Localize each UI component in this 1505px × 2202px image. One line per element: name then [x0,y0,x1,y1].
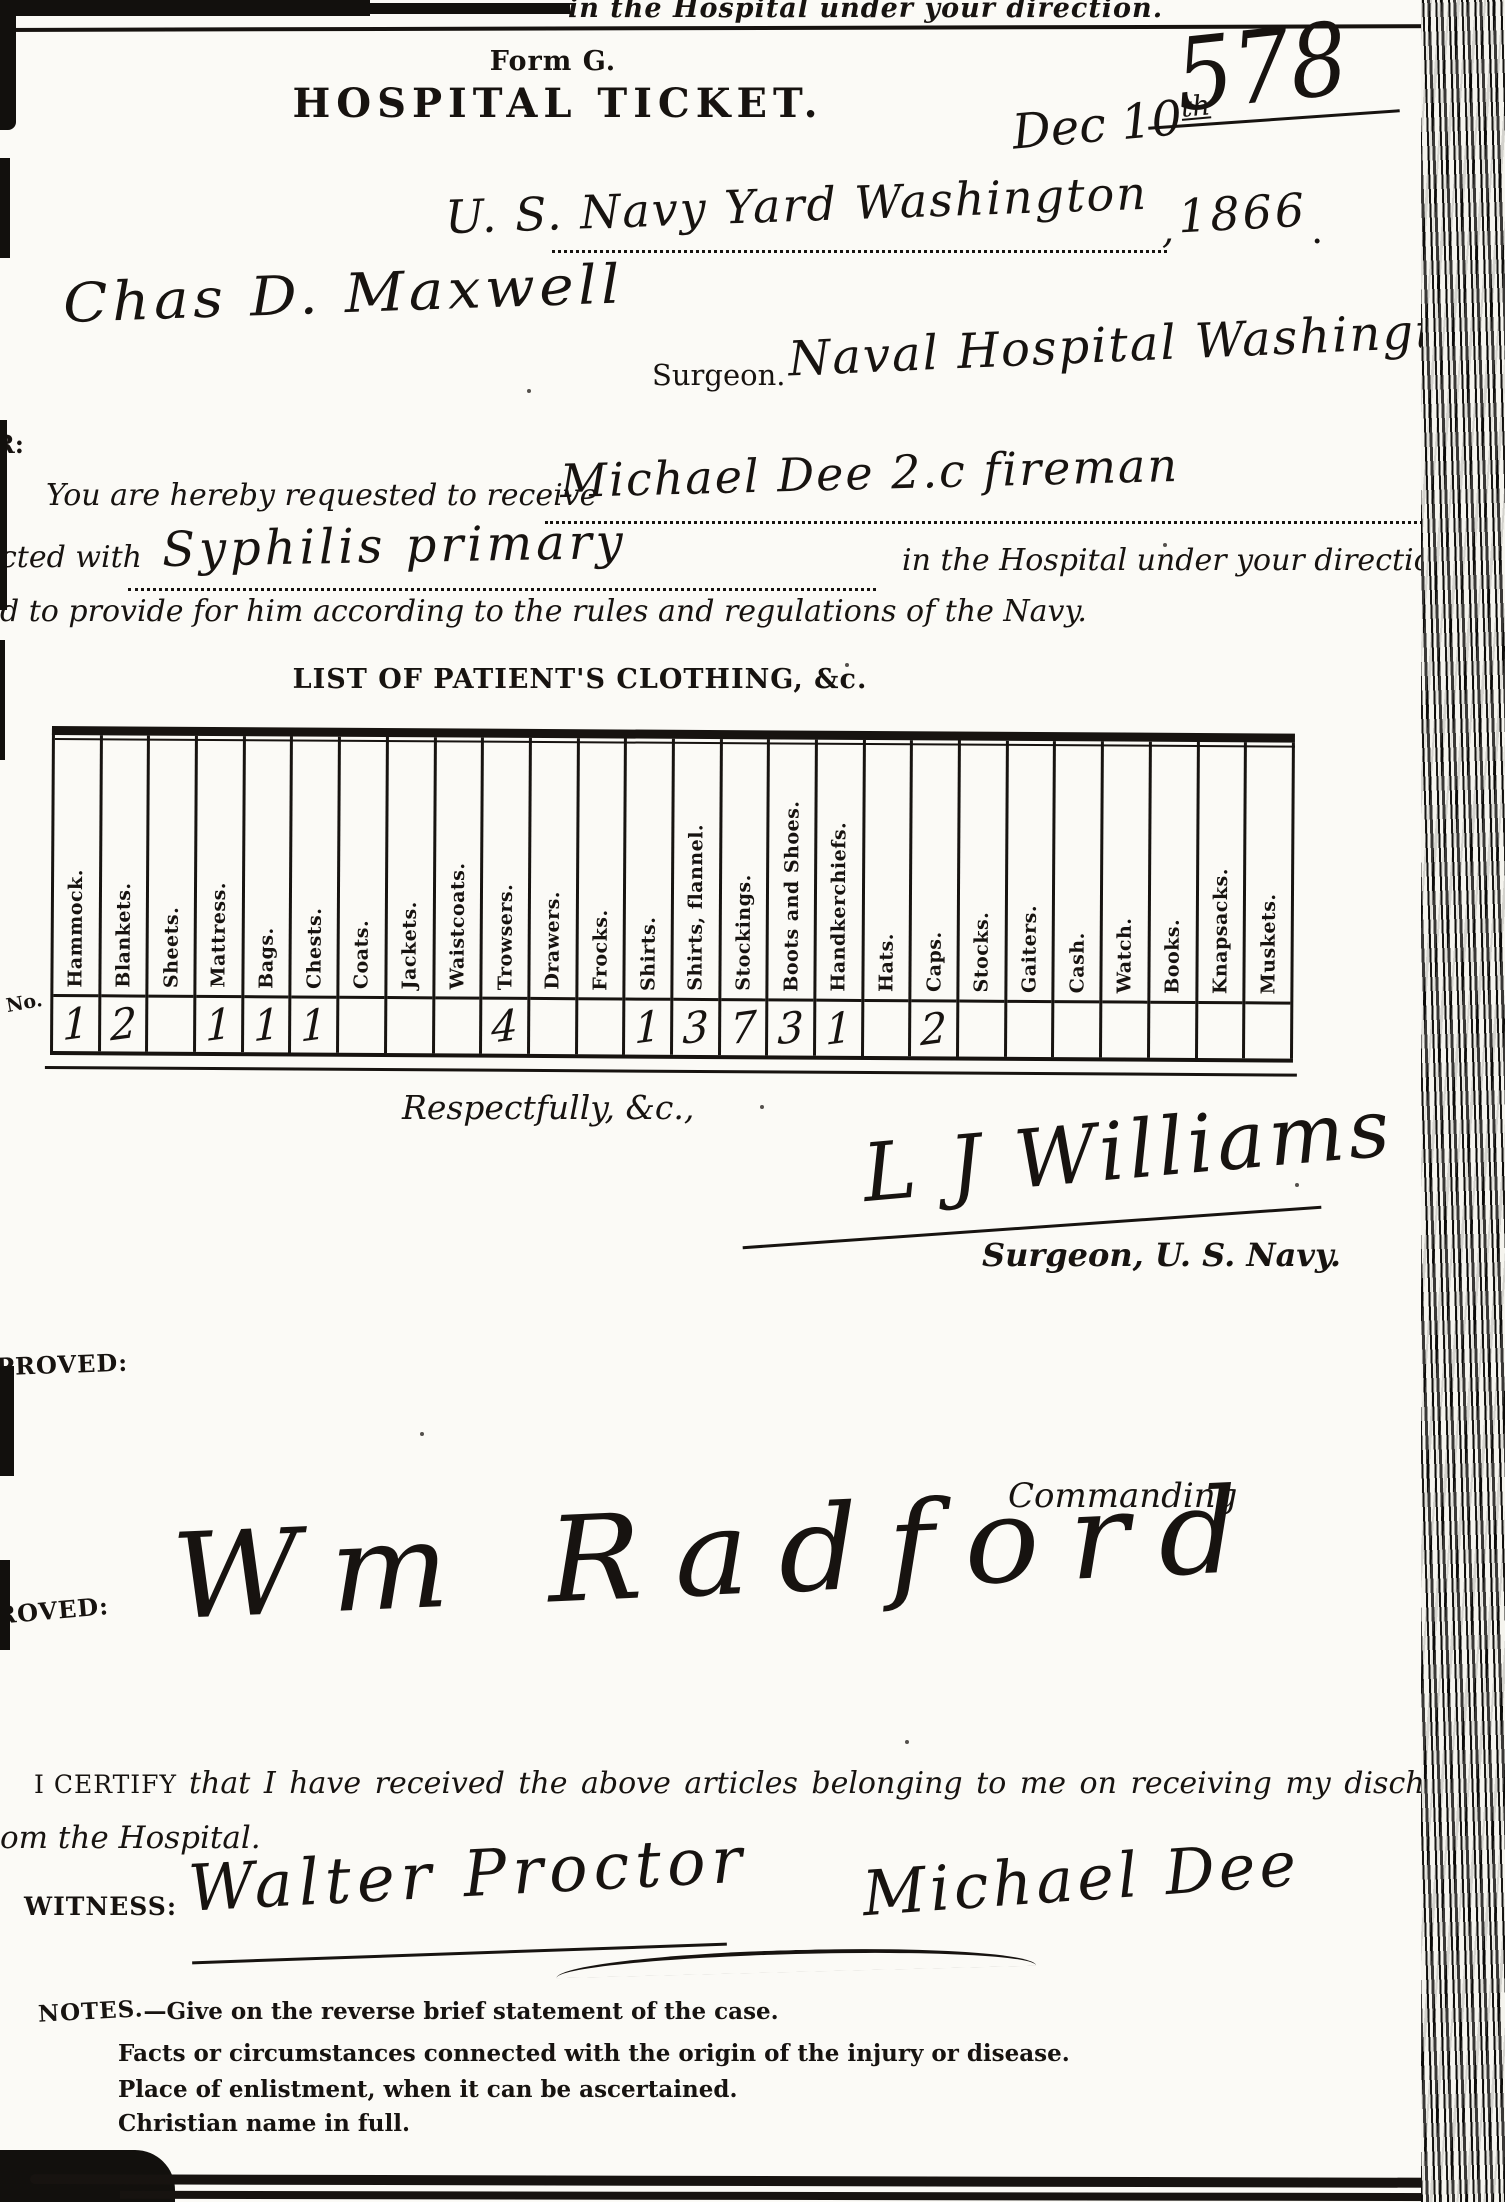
clothing-col-quantity-cell: 2 [101,997,146,1051]
clothing-col-header: Boots and Shoes. [769,739,815,1001]
certify-line1: I CERTIFY that I have received the above… [34,1766,1494,1801]
left-edge-mark-2 [0,158,10,258]
request-line2-fragment: cted with [0,540,142,575]
clothing-col-header: Sheets. [149,736,195,998]
clothing-quantity-handwritten: 1 [301,1003,328,1049]
top-smudge-1 [0,0,370,16]
clothing-quantity-handwritten: 4 [491,1004,518,1050]
clothing-col-coats: Coats. [339,737,389,1053]
patient-name-handwritten: Michael Dee 2.c fireman [559,438,1179,508]
clothing-col-label: Boots and Shoes. [780,800,803,991]
clothing-col-label: Coats. [351,920,373,989]
notes-text-1: Give on the reverse brief statement of t… [167,1998,779,2025]
clothing-col-muskets: Muskets. [1245,742,1295,1058]
year-group: , 1866 . [1162,186,1323,252]
clothing-col-label: Jackets. [399,901,422,989]
clothing-col-header: Coats. [339,737,385,999]
clothing-col-quantity-cell [1245,1004,1290,1058]
scan-speck [527,389,531,393]
clothing-col-label: Chests. [303,907,325,988]
notes-line-1: NOTES.—Give on the reverse brief stateme… [38,1998,779,2025]
clothing-col-header: Hats. [864,740,910,1002]
clothing-col-header: Mattress. [196,736,242,998]
clothing-row-label: No. [4,989,44,1017]
form-label: Form G. [303,46,803,77]
clothing-col-quantity-cell: 4 [482,1000,527,1054]
clothing-quantity-handwritten: 1 [634,1005,661,1051]
binding-edge [1421,0,1505,2202]
commander-signature-handwritten: Wm Radford [169,1460,1271,1646]
clothing-col-jackets: Jackets. [387,737,437,1053]
clothing-col-bags: Bags.1 [244,736,294,1052]
clothing-col-label: Stocks. [971,912,993,993]
clothing-col-quantity-cell: 1 [244,998,289,1052]
clothing-col-header: Stockings. [721,739,767,1001]
year-handwritten: 1866 [1177,183,1309,244]
clothing-quantity-handwritten: 1 [253,1002,280,1048]
clothing-quantity-handwritten: 3 [777,1006,804,1052]
clothing-col-quantity-cell [1007,1003,1052,1057]
clothing-col-label: Blankets. [112,882,135,987]
clothing-col-header: Blankets. [101,735,147,997]
clothing-col-quantity-cell: 1 [625,1001,670,1055]
clothing-col-quantity-cell: 2 [911,1002,956,1056]
bottom-edge-band-2 [120,2191,1505,2201]
year-comma: , [1162,208,1174,252]
clothing-col-shirts-flannel: Shirts, flannel.3 [673,739,723,1055]
clothing-col-gaiters: Gaiters. [1007,741,1057,1057]
clothing-quantity-handwritten: 2 [920,1006,947,1052]
clothing-col-drawers: Drawers. [530,738,580,1054]
scan-speck [420,1432,424,1436]
clothing-col-trowsers: Trowsers.4 [482,738,532,1054]
clothing-col-header: Watch. [1102,741,1148,1003]
clothing-col-quantity-cell: 3 [768,1001,813,1055]
year-period: . [1311,208,1323,252]
clothing-col-label: Sheets. [160,906,182,987]
clothing-col-quantity-cell: 1 [196,998,241,1052]
clothing-col-label: Frocks. [589,909,611,991]
patient-signature-handwritten: Michael Dee [860,1827,1302,1930]
clothing-col-boots-and-shoes: Boots and Shoes.3 [768,739,818,1055]
clothing-col-label: Books. [1162,919,1184,994]
clothing-col-quantity-cell [864,1002,909,1056]
clothing-quantity-handwritten: 1 [62,1001,89,1047]
clothing-quantity-handwritten: 3 [682,1005,709,1051]
clothing-table-columns: Hammock.1Blankets.2Sheets.Mattress.1Bags… [53,735,1295,1063]
left-edge-mark-1 [0,0,16,130]
clothing-col-label: Mattress. [208,882,231,988]
clothing-heading: LIST OF PATIENT'S CLOTHING, &c. [255,664,905,695]
clothing-col-label: Bags. [255,927,277,989]
clothing-col-quantity-cell: 1 [291,998,336,1052]
clothing-col-quantity-cell [339,999,384,1053]
clothing-col-header: Shirts. [626,739,672,1001]
witness-signature-handwritten: Walter Proctor [186,1823,749,1926]
clothing-col-label: Hammock. [65,869,88,988]
station-handwritten: U. S. Navy Yard Washington [444,166,1148,245]
clothing-col-label: Knapsacks. [1209,868,1232,994]
clothing-col-mattress: Mattress.1 [196,736,246,1052]
clothing-col-chests: Chests.1 [291,736,341,1052]
clothing-col-header: Handkerchiefs. [816,740,862,1002]
clothing-col-label: Watch. [1114,918,1136,994]
surgeon-title-printed: Surgeon, U. S. Navy. [982,1236,1341,1274]
certify-body: that I have received the above articles … [189,1766,1494,1801]
diagnosis-handwritten: Syphilis primary [162,514,628,578]
addressee-name-handwritten: Chas D. Maxwell [62,252,625,335]
page-title: HOSPITAL TICKET. [228,80,888,127]
clothing-col-label: Cash. [1066,932,1088,993]
clothing-col-label: Trowsers. [494,883,517,990]
notes-label: NOTES. [37,1995,144,2027]
notes-line-4: Christian name in full. [118,2110,410,2137]
date-day: Dec 10 [1010,90,1184,161]
clothing-col-shirts: Shirts.1 [625,739,675,1055]
clothing-col-quantity-cell [435,999,480,1053]
hospital-ticket-document: in the Hospital under your direction. Fo… [0,0,1505,2202]
clothing-col-label: Shirts, flannel. [685,824,708,991]
clothing-quantity-handwritten: 1 [825,1006,852,1052]
clothing-quantity-handwritten: 7 [730,1005,757,1051]
clothing-col-caps: Caps.2 [911,740,961,1056]
surgeon-signature-handwritten: L J Williams [859,1081,1397,1220]
clothing-col-quantity-cell [148,998,193,1052]
clothing-col-header: Stocks. [959,741,1005,1003]
clothing-col-label: Drawers. [542,891,565,990]
clothing-col-blankets: Blankets.2 [101,735,151,1051]
clothing-col-quantity-cell: 1 [53,997,98,1051]
clothing-col-quantity-cell [578,1000,623,1054]
notes-dash: — [144,1998,167,2025]
scan-speck [1295,1183,1299,1187]
clothing-quantity-handwritten: 2 [110,1001,137,1047]
left-edge-mark-3 [0,420,7,610]
clothing-col-label: Hats. [875,933,897,992]
previous-page-fragment: in the Hospital under your direction. [568,0,1163,24]
station-dotted-line [552,250,1167,253]
clothing-col-header: Knapsacks. [1198,742,1244,1004]
request-line1-printed: You are hereby requested to receive [46,478,597,513]
surgeon-label: Surgeon. [652,358,786,392]
addressee-location-handwritten: Naval Hospital Washington [787,300,1501,387]
request-line1-dotted [545,521,1465,524]
left-edge-mark-6 [0,1560,10,1650]
clothing-col-header: Gaiters. [1007,741,1053,1003]
witness-label: WITNESS: [24,1892,177,1921]
clothing-col-cash: Cash. [1054,741,1104,1057]
clothing-col-header: Trowsers. [483,738,529,1000]
clothing-col-header: Frocks. [578,738,624,1000]
date-suffix: th [1179,88,1211,123]
left-edge-mark-5 [0,1366,14,1476]
clothing-col-header: Waistcoats. [435,737,481,999]
clothing-col-knapsacks: Knapsacks. [1197,742,1247,1058]
clothing-col-quantity-cell [1197,1004,1242,1058]
closing-respectfully: Respectfully, &c., [402,1088,694,1127]
certify-lead: I CERTIFY [34,1770,177,1799]
clothing-col-header: Shirts, flannel. [673,739,719,1001]
clothing-col-label: Shirts. [637,916,659,990]
clothing-col-quantity-cell: 1 [816,1002,861,1056]
clothing-col-quantity-cell [530,1000,575,1054]
clothing-quantity-handwritten: 1 [205,1002,232,1048]
clothing-col-waistcoats: Waistcoats. [435,737,485,1053]
clothing-col-stocks: Stocks. [959,741,1009,1057]
clothing-col-header: Bags. [244,736,290,998]
clothing-col-quantity-cell: 3 [673,1001,718,1055]
clothing-col-quantity-cell [959,1003,1004,1057]
clothing-col-label: Muskets. [1257,893,1280,994]
clothing-col-sheets: Sheets. [148,736,198,1052]
clothing-col-label: Handkerchiefs. [828,822,851,992]
clothing-col-label: Waistcoats. [446,863,469,990]
bottom-edge-band-1 [30,2174,1475,2188]
notes-line-2: Facts or circumstances connected with th… [118,2040,1070,2067]
clothing-col-header: Drawers. [530,738,576,1000]
left-edge-mark-4 [0,640,5,760]
clothing-col-header: Cash. [1055,741,1101,1003]
clothing-col-quantity-cell [1054,1003,1099,1057]
scan-speck [905,1740,909,1744]
request-line2-dotted [128,588,876,591]
clothing-col-hats: Hats. [864,740,914,1056]
top-smudge-2 [360,3,570,14]
clothing-col-header: Books. [1150,742,1196,1004]
clothing-col-books: Books. [1150,742,1200,1058]
clothing-col-header: Chests. [292,736,338,998]
approved-label-2: ROVED: [0,1591,110,1630]
clothing-col-frocks: Frocks. [578,738,628,1054]
clothing-col-hammock: Hammock.1 [53,735,103,1051]
clothing-col-stockings: Stockings.7 [721,739,771,1055]
clothing-col-header: Muskets. [1246,742,1292,1004]
clothing-col-label: Stockings. [732,875,755,992]
request-line2-suffix: in the Hospital under your direction. [902,543,1461,578]
notes-line-3: Place of enlistment, when it can be asce… [118,2076,737,2103]
request-line3-fragment: d to provide for him according to the ru… [0,594,1087,629]
clothing-col-quantity-cell [1102,1003,1147,1057]
scan-speck [760,1105,764,1109]
clothing-col-header: Hammock. [53,735,99,997]
clothing-col-header: Caps. [912,740,958,1002]
scan-speck [1163,543,1167,547]
approved-label-1: PROVED: [0,1348,129,1382]
clothing-col-label: Gaiters. [1018,905,1041,993]
clothing-col-quantity-cell [387,999,432,1053]
clothing-col-header: Jackets. [387,737,433,999]
date-handwritten: Dec 10th [1010,87,1214,160]
clothing-col-handkerchiefs: Handkerchiefs.1 [816,740,866,1056]
scan-speck [845,663,849,667]
clothing-col-label: Caps. [923,932,945,993]
clothing-col-quantity-cell [1150,1004,1195,1058]
clothing-col-quantity-cell: 7 [721,1001,766,1055]
clothing-table: Hammock.1Blankets.2Sheets.Mattress.1Bags… [50,726,1295,1063]
clothing-col-watch: Watch. [1102,741,1152,1057]
